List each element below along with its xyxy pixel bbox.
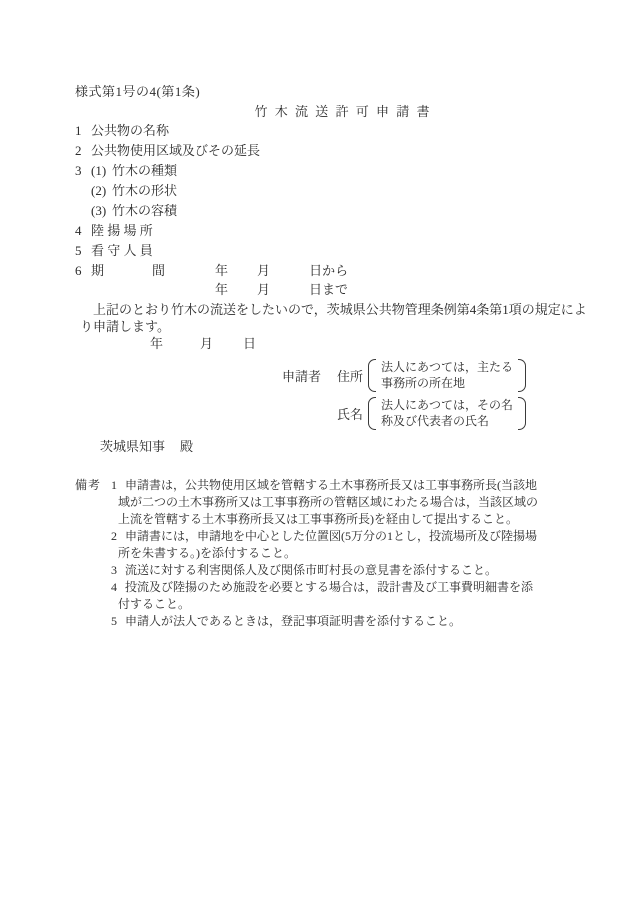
item-label: 竹木の種類	[112, 163, 177, 178]
item-label: 看 守 人 員	[91, 243, 153, 258]
item-number: 6	[75, 261, 91, 281]
bracket-open-icon	[368, 397, 376, 430]
sub-item-number: (2)	[91, 181, 112, 201]
sub-item-number: (3)	[91, 201, 112, 221]
notes-label: 備考	[75, 477, 111, 630]
name-note-text: 法人にあつては，その名 称及び代表者の氏名	[381, 397, 513, 430]
date-year-label: 年	[150, 336, 163, 351]
bracket-open-icon	[368, 359, 376, 392]
address-note-line-2: 事務所の所在地	[381, 376, 513, 392]
note-item-4: 4投流及び陸揚のため施設を必要とする場合は，設計書及び工事費明細書を添 付するこ…	[111, 579, 575, 613]
name-note-bracket: 法人にあつては，その名 称及び代表者の氏名	[368, 397, 526, 430]
item-label: 竹木の形状	[112, 183, 177, 198]
addressee-honorific: 殿	[180, 438, 193, 455]
form-item-3-sub-1: 3(1)竹木の種類	[75, 161, 575, 181]
notes-body: 1申請書は，公共物使用区域を管轄する土木事務所長又は工事事務所長(当該地 域が二…	[111, 477, 575, 630]
item-number: 5	[75, 241, 91, 261]
note-item-5: 5申請人が法人であるときは，登記事項証明書を添付すること。	[111, 613, 575, 630]
bracket-close-icon	[518, 397, 526, 430]
period-label-left: 期	[91, 263, 104, 278]
form-number-label: 様式第1号の4(第1条)	[75, 85, 575, 99]
form-item-6-period-from: 6期間年月日から	[75, 261, 575, 281]
item-number: 3	[75, 161, 91, 181]
period-from-day-label: 日から	[309, 261, 348, 281]
form-item-5: 5看 守 人 員	[75, 241, 575, 261]
form-item-4: 4陸 揚 場 所	[75, 221, 575, 241]
sub-item-number: (1)	[91, 161, 112, 181]
note-number: 1	[111, 477, 125, 494]
document-page: 様式第1号の4(第1条) 竹 木 流 送 許 可 申 請 書 1公共物の名称 2…	[0, 0, 630, 915]
form-title: 竹 木 流 送 許 可 申 請 書	[93, 102, 593, 121]
declaration-line-2: り申請します。	[80, 318, 575, 335]
note-number: 5	[111, 613, 125, 630]
note-item-1: 1申請書は，公共物使用区域を管轄する土木事務所長又は工事事務所長(当該地 域が二…	[111, 477, 575, 528]
period-to-year-label: 年	[215, 282, 228, 297]
date-day-label: 日	[243, 335, 256, 352]
name-note-line-2: 称及び代表者の氏名	[381, 414, 513, 430]
note-text: 所を朱書する。)を添付すること。	[118, 545, 575, 562]
item-number: 1	[75, 121, 91, 141]
note-text: 申請書は，公共物使用区域を管轄する土木事務所長又は工事事務所長(当該地	[125, 478, 537, 492]
bracket-close-icon	[518, 359, 526, 392]
note-number: 3	[111, 562, 125, 579]
form-item-3-sub-2: (2)竹木の形状	[75, 181, 575, 201]
period-from-month-label: 月	[257, 261, 270, 281]
note-text: 投流及び陸揚のため施設を必要とする場合は，設計書及び工事費明細書を添	[125, 580, 533, 594]
application-date-line: 年月日	[150, 335, 575, 352]
period-from-year-label: 年	[215, 261, 228, 281]
note-number: 4	[111, 579, 125, 596]
note-number: 2	[111, 528, 125, 545]
form-item-1: 1公共物の名称	[75, 121, 575, 141]
note-text: 申請書には，申請地を中心とした位置図(5万分の1とし，投流場所及び陸揚場	[125, 529, 537, 543]
item-number: 4	[75, 221, 91, 241]
address-note-text: 法人にあつては，主たる 事務所の所在地	[381, 359, 513, 392]
item-number: 2	[75, 141, 91, 161]
note-text: 流送に対する利害関係人及び関係市町村長の意見書を添付すること。	[125, 563, 497, 577]
addressee-name: 茨城県知事	[100, 439, 165, 454]
note-text: 上流を管轄する土木事務所長又は工事事務所長)を経由して提出すること。	[118, 511, 575, 528]
form-item-2: 2公共物使用区域及びその延長	[75, 141, 575, 161]
address-note-bracket: 法人にあつては，主たる 事務所の所在地	[368, 359, 526, 392]
addressee-line: 茨城県知事殿	[100, 438, 575, 455]
address-label: 住所	[337, 366, 368, 385]
applicant-name-row: 氏名 法人にあつては，その名 称及び代表者の氏名	[337, 397, 575, 430]
note-item-3: 3流送に対する利害関係人及び関係市町村長の意見書を添付すること。	[111, 562, 575, 579]
name-note-line-1: 法人にあつては，その名	[381, 398, 513, 414]
period-to-month-label: 月	[257, 281, 270, 298]
period-label-right: 間	[152, 261, 165, 281]
note-item-2: 2申請書には，申請地を中心とした位置図(5万分の1とし，投流場所及び陸揚場 所を…	[111, 528, 575, 562]
item-label: 竹木の容積	[112, 203, 177, 218]
applicant-label: 申請者	[282, 366, 337, 385]
form-item-6-period-to: 年月日まで	[215, 281, 575, 298]
note-text: 申請人が法人であるときは，登記事項証明書を添付すること。	[125, 614, 461, 628]
period-to-day-label: 日まで	[309, 281, 348, 298]
item-label: 陸 揚 場 所	[91, 223, 153, 238]
date-month-label: 月	[200, 335, 213, 352]
address-note-line-1: 法人にあつては，主たる	[381, 360, 513, 376]
note-text: 付すること。	[118, 596, 575, 613]
name-label: 氏名	[337, 404, 368, 423]
note-text: 域が二つの土木事務所又は工事事務所の管轄区域にわたる場合は，当該区域の	[118, 494, 575, 511]
applicant-address-row: 申請者 住所 法人にあつては，主たる 事務所の所在地	[282, 359, 575, 392]
form-item-3-sub-3: (3)竹木の容積	[75, 201, 575, 221]
item-label: 公共物使用区域及びその延長	[91, 143, 260, 158]
item-label: 公共物の名称	[91, 123, 169, 138]
declaration-line-1: 上記のとおり竹木の流送をしたいので，茨城県公共物管理条例第4条第1項の規定によ	[93, 301, 575, 318]
notes-section: 備考 1申請書は，公共物使用区域を管轄する土木事務所長又は工事事務所長(当該地 …	[75, 477, 575, 630]
